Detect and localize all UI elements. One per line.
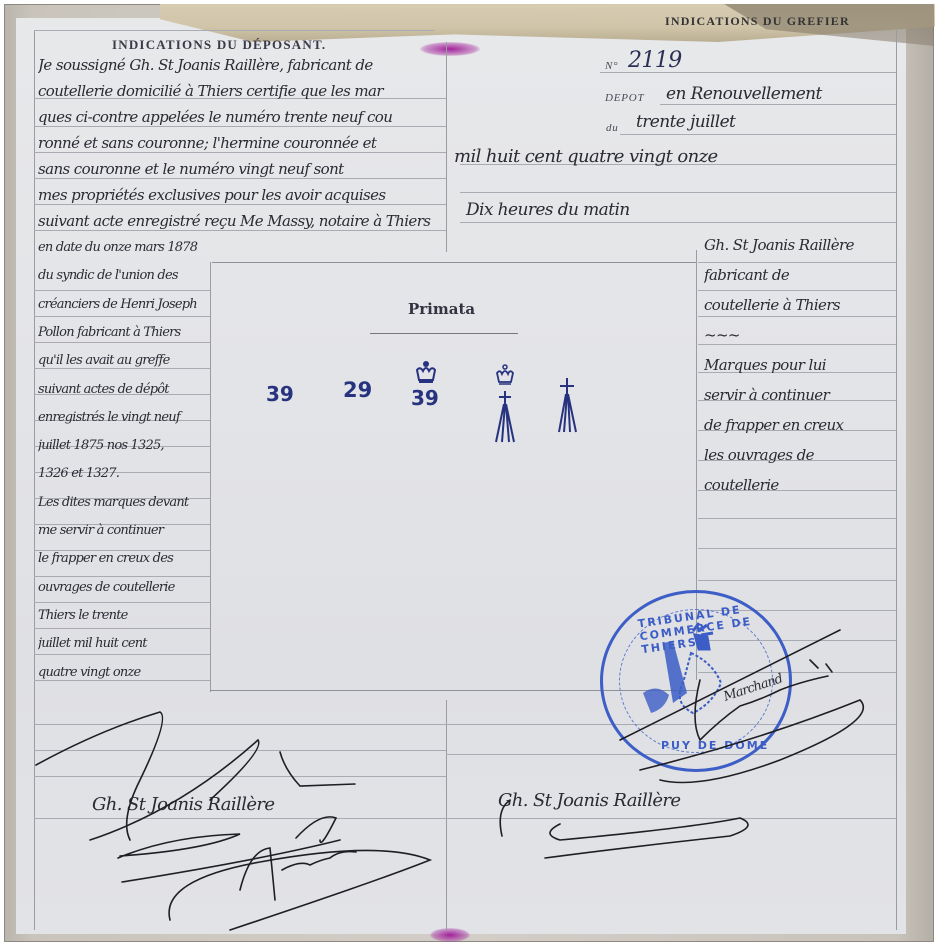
signature-flourishes xyxy=(0,0,938,946)
